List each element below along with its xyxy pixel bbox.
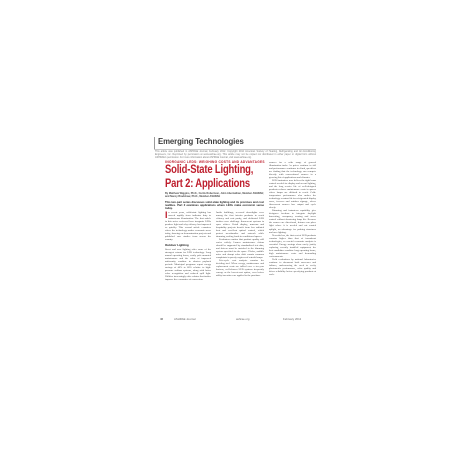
footer-journal-name: ASHRAE Journal bbox=[174, 317, 195, 321]
body-paragraph: sources for a wide range of general illu… bbox=[269, 161, 316, 179]
body-paragraph: Nevertheless, the first cost of LED prod… bbox=[269, 234, 316, 258]
body-column-right: sources for a wide range of general illu… bbox=[269, 161, 316, 277]
body-paragraph: In recent years, solid-state lighting ha… bbox=[165, 211, 211, 241]
article-title-line2: Part 2: Applications bbox=[165, 178, 248, 192]
section-kicker: Emerging Technologies bbox=[158, 137, 244, 146]
body-column-middle: Inside buildings, recessed downlights we… bbox=[216, 211, 264, 278]
article-eyebrow: Inorganic LEDs: Weighing Costs and Advan… bbox=[165, 160, 265, 164]
body-paragraph: Evaluators caution that product quality … bbox=[216, 238, 264, 259]
body-paragraph: Life-cycle cost analysis remains the dec… bbox=[216, 259, 264, 277]
footer-website: ashrae.org bbox=[236, 317, 249, 321]
reprint-disclaimer: This article was published in ASHRAE Jou… bbox=[155, 151, 316, 160]
body-paragraph: Dimming and instant-on capability give d… bbox=[269, 209, 316, 233]
article-byline: By Matthew Wiggins, Ph.D., Curtis Robert… bbox=[165, 192, 264, 198]
article-title-line1: Solid-State Lighting, bbox=[165, 164, 248, 178]
body-paragraph: LED luminaires now deliver the tight bea… bbox=[269, 179, 316, 209]
footer-issue-date: February 2012 bbox=[283, 317, 301, 321]
article-title: Solid-State Lighting, Part 2: Applicatio… bbox=[165, 164, 248, 191]
body-column-left: In recent years, solid-state lighting ha… bbox=[165, 211, 211, 282]
body-paragraph-text: n recent years, solid-state lighting has… bbox=[165, 211, 211, 241]
kicker-left-rule bbox=[154, 137, 155, 149]
footer-page-number: 46 bbox=[160, 317, 163, 321]
subheading-outdoor-lighting: Outdoor Lighting bbox=[165, 244, 211, 247]
body-paragraph: Field evaluations by national laboratori… bbox=[269, 258, 316, 276]
article-abstract: This two-part series discusses solid-sta… bbox=[165, 201, 264, 211]
body-paragraph: Inside buildings, recessed downlights we… bbox=[216, 211, 264, 238]
body-paragraph: Street and area lighting offer some of t… bbox=[165, 248, 211, 282]
